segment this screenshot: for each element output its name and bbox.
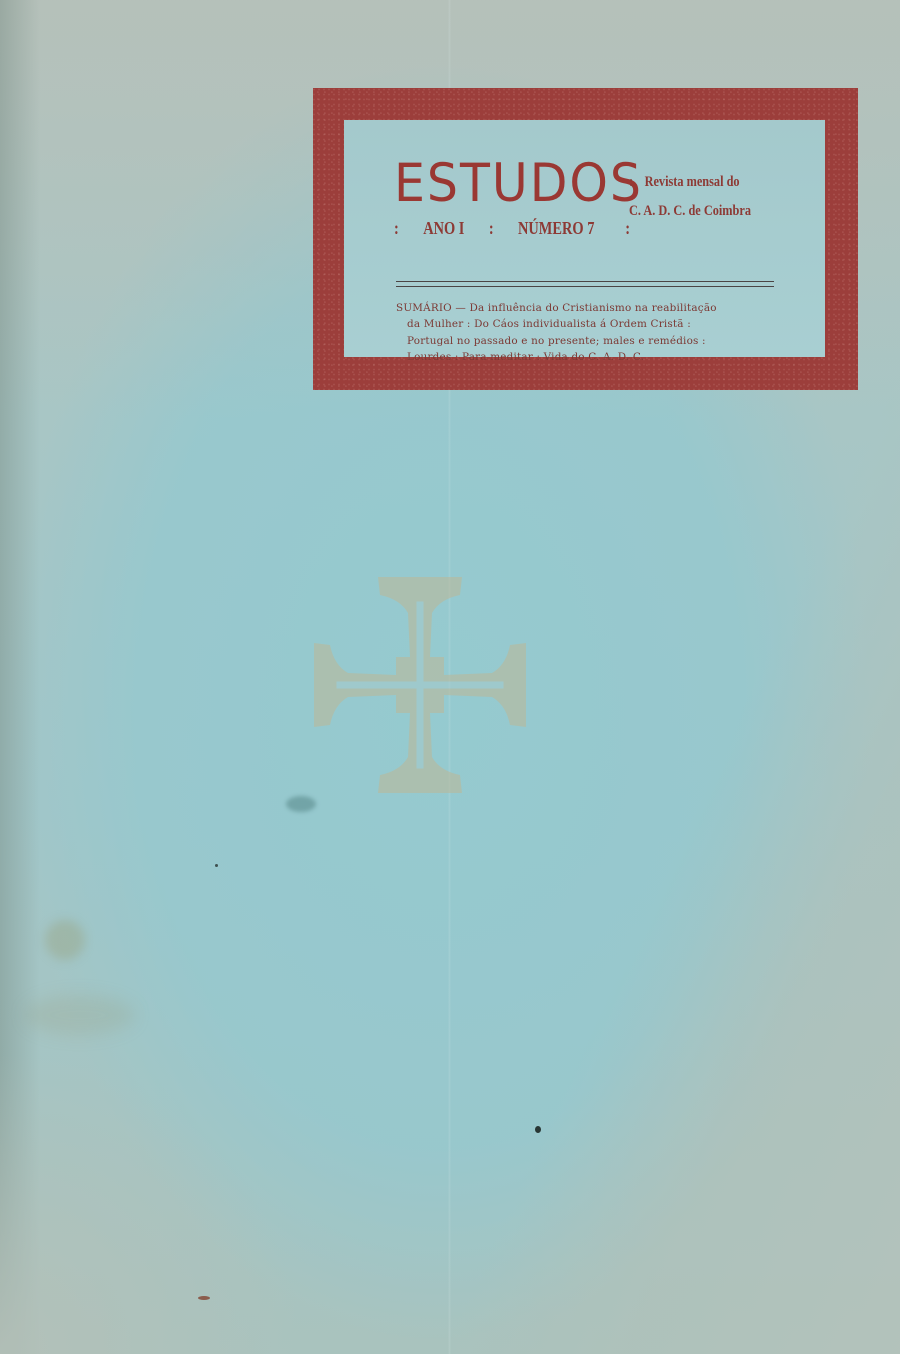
summary-line: Lourdes : Para meditar : Vida do C. A. D… bbox=[396, 349, 786, 365]
masthead-frame: ESTUDOS :Revista mensal do C. A. D. C. d… bbox=[313, 88, 858, 390]
magazine-title: ESTUDOS bbox=[394, 154, 643, 213]
speck bbox=[198, 1296, 210, 1300]
year-label: ANO I bbox=[423, 218, 464, 239]
issue-info: : ANO I : NÚMERO 7 : bbox=[394, 218, 714, 239]
table-of-contents: SUMÁRIO — Da influência do Cristianismo … bbox=[396, 300, 786, 365]
summary-line: da Mulher : Do Cáos individualista á Ord… bbox=[396, 316, 786, 332]
speck bbox=[535, 1126, 541, 1133]
double-rule bbox=[396, 281, 774, 287]
issue-number: NÚMERO 7 bbox=[518, 218, 594, 239]
title-row: ESTUDOS :Revista mensal do C. A. D. C. d… bbox=[394, 154, 794, 214]
cross-emblem-icon bbox=[300, 565, 540, 805]
stain bbox=[45, 920, 85, 960]
subtitle-colon: : bbox=[629, 174, 633, 190]
stain bbox=[25, 995, 135, 1035]
speck bbox=[215, 864, 218, 867]
summary-line: Da influência do Cristianismo na reabili… bbox=[469, 302, 716, 314]
summary-line: Portugal no passado e no presente; males… bbox=[396, 333, 786, 349]
masthead-panel: ESTUDOS :Revista mensal do C. A. D. C. d… bbox=[344, 120, 825, 357]
subtitle-line-1: Revista mensal do bbox=[645, 174, 740, 190]
subtitle-line-2: C. A. D. C. de Coimbra bbox=[629, 203, 751, 219]
summary-heading: SUMÁRIO — bbox=[396, 302, 466, 314]
issue-colon: : bbox=[394, 218, 399, 239]
issue-colon: : bbox=[625, 218, 630, 239]
issue-colon: : bbox=[489, 218, 494, 239]
